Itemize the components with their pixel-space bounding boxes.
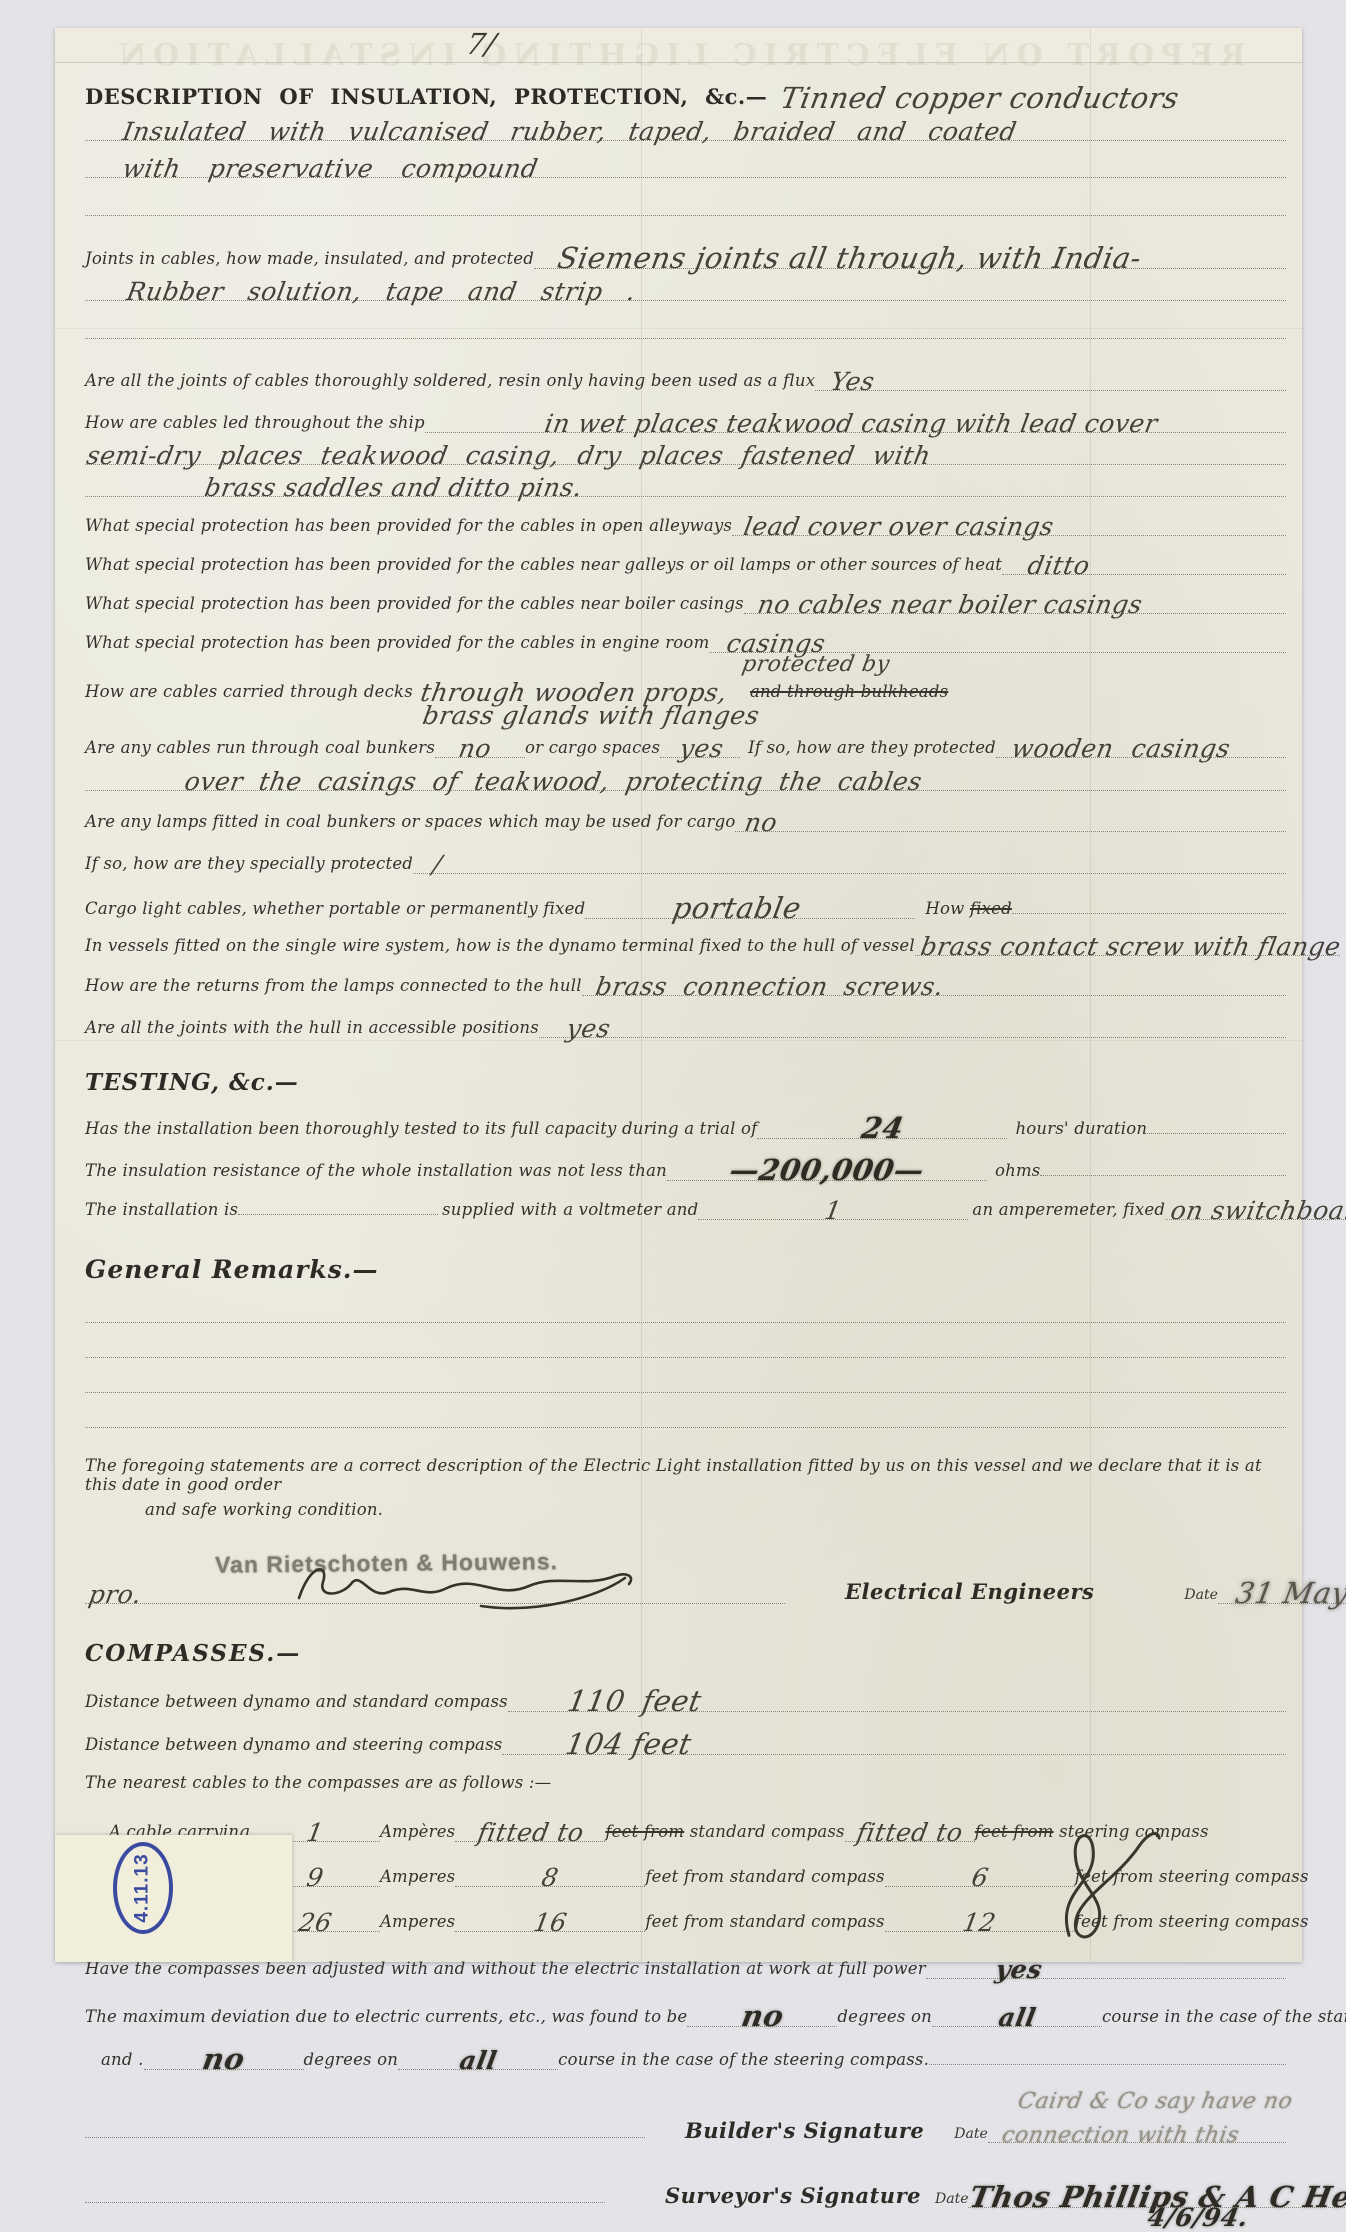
handwritten-entry: no [457, 738, 493, 759]
handwritten-entry: 26 [297, 1912, 334, 1933]
question-label: What special protection has been provide… [85, 633, 709, 652]
handwritten-entry: Insulated with vulcanised rubber, taped,… [121, 121, 1018, 142]
question-row-bunkers: Are any cables run through coal bunkers … [85, 734, 1286, 763]
handwritten-entry: 1 [823, 1200, 843, 1221]
continuation-row: Rubber solution, tape and strip . [85, 277, 1286, 306]
question-row: Are all the joints of cables thoroughly … [85, 367, 1286, 396]
declaration-line: The foregoing statements are a correct d… [85, 1456, 1286, 1494]
handwritten-entry: Siemens joints all through, with India- [556, 246, 1144, 271]
struck-label: and through bulkheadsprotected by [750, 682, 948, 701]
testing-heading-row: TESTING, &c.— [85, 1069, 1286, 1098]
role-label: Electrical Engineers [845, 1579, 1094, 1604]
question-label: Are any lamps fitted in coal bunkers or … [85, 812, 735, 831]
handwritten-entry: fitted to [855, 1822, 964, 1843]
question-row: What special protection has been provide… [85, 551, 1286, 580]
engineers-signature-row: pro. Van Rietschoten & Houwens. Electric… [85, 1577, 1286, 1606]
question-row: Are any lamps fitted in coal bunkers or … [85, 808, 1286, 837]
question-label: How fixed [925, 899, 1012, 918]
question-label: In vessels fitted on the single wire sys… [85, 936, 915, 955]
handwritten-entry: in wet places teakwood casing with lead … [543, 413, 1159, 434]
declaration-paragraph: The foregoing statements are a correct d… [85, 1456, 1286, 1519]
struck-label: fixed [970, 899, 1012, 918]
handwritten-entry: no [744, 812, 780, 833]
question-row: If so, how are they specially protected … [85, 850, 1286, 879]
handwritten-entry: lead cover over casings [742, 516, 1055, 537]
question-label: Amperes [380, 1867, 455, 1886]
blank-ruled-line [85, 330, 1286, 339]
handwritten-pro: pro. [87, 1584, 143, 1605]
continuation-row: brass saddles and ditto pins. [85, 473, 1286, 502]
blank-ruled-line [85, 1384, 1286, 1393]
question-row: Distance between dynamo and standard com… [85, 1685, 1286, 1714]
question-row-resistance: The insulation resistance of the whole i… [85, 1154, 1286, 1183]
question-label: Joints in cables, how made, insulated, a… [85, 249, 534, 268]
declaration-line: and safe working condition. [145, 1500, 1286, 1519]
handwritten-entry: yes [994, 1959, 1044, 1980]
question-label: What special protection has been provide… [85, 594, 744, 613]
struck-label: feet from [975, 1822, 1054, 1841]
question-row: What special protection has been provide… [85, 590, 1286, 619]
intro-label: The nearest cables to the compasses are … [85, 1773, 551, 1792]
section-heading: DESCRIPTION OF INSULATION, PROTECTION, &… [85, 84, 767, 109]
section-heading: General Remarks.— [85, 1255, 379, 1284]
blank-ruled-line [85, 207, 1286, 216]
date-label: Date [1184, 1587, 1217, 1603]
question-label: feet from standard compass [645, 1867, 884, 1886]
question-row: How are cables led throughout the ship i… [85, 409, 1286, 438]
struck-label: feet from [605, 1822, 684, 1841]
handwritten-entry: semi-dry places teakwood casing, dry pla… [85, 445, 932, 466]
question-label: or cargo spaces [525, 738, 660, 757]
question-row: Joints in cables, how made, insulated, a… [85, 242, 1286, 271]
question-label: Distance between dynamo and standard com… [85, 1692, 508, 1711]
handwritten-entry: with preservative compound [121, 158, 540, 179]
question-row: In vessels fitted on the single wire sys… [85, 932, 1286, 961]
question-label: What special protection has been provide… [85, 555, 1002, 574]
handwritten-entry: 110 feet [566, 1689, 704, 1714]
handwritten-entry: ditto [1026, 555, 1091, 576]
question-label: Ampères [380, 1822, 455, 1841]
section-heading: TESTING, &c.— [85, 1069, 299, 1096]
question-label: The insulation resistance of the whole i… [85, 1161, 667, 1180]
handwritten-entry: 9 [305, 1867, 325, 1888]
question-label: Are any cables run through coal bunkers [85, 738, 435, 757]
engineer-signature [285, 1554, 645, 1610]
handwritten-note: protected by [740, 656, 891, 675]
question-row-decks: How are cables carried through decks thr… [85, 678, 1286, 724]
question-label: If so, how are they protected [748, 738, 996, 757]
handwritten-entry: Tinned copper conductors [779, 86, 1181, 111]
question-row: How are the returns from the lamps conne… [85, 972, 1286, 1001]
handwritten-entry: / [431, 854, 444, 875]
description-heading-row: DESCRIPTION OF INSULATION, PROTECTION, &… [85, 82, 1286, 111]
question-row-cargo: Cargo light cables, whether portable or … [85, 892, 1286, 921]
handwritten-entry: 1 [305, 1822, 325, 1843]
question-label: feet from standard compass [605, 1822, 844, 1841]
question-label: Has the installation been thoroughly tes… [85, 1119, 757, 1138]
handwritten-entry: over the casings of teakwood, protecting… [183, 771, 924, 792]
question-label: The installation is [85, 1200, 238, 1219]
question-label: hours' duration [1015, 1119, 1147, 1138]
question-label: How are the returns from the lamps conne… [85, 976, 582, 995]
handwritten-entry: 16 [532, 1912, 569, 1933]
question-label: How are cables led throughout the ship [85, 413, 425, 432]
continuation-row: with preservative compound [85, 154, 1286, 183]
handwritten-entry: 8 [540, 1867, 560, 1888]
handwritten-entry: Rubber solution, tape and strip . [125, 281, 637, 302]
question-label: Distance between dynamo and steering com… [85, 1735, 502, 1754]
question-row: Distance between dynamo and steering com… [85, 1728, 1286, 1757]
question-label: feet from standard compass [645, 1912, 884, 1931]
continuation-row: Insulated with vulcanised rubber, taped,… [85, 117, 1286, 146]
handwritten-entry: fitted to [476, 1822, 585, 1843]
handwritten-entry: Yes [829, 371, 876, 392]
handwritten-entry: 12 [961, 1912, 998, 1933]
handwritten-entry: 24 [860, 1116, 906, 1141]
question-row: What special protection has been provide… [85, 629, 1286, 658]
handwritten-entry: portable [671, 896, 803, 921]
question-label: ohms [995, 1161, 1040, 1180]
scanned-form-page: REPORT ON ELECTRIC LIGHTING INSTALLATION… [55, 28, 1302, 1962]
question-label: Amperes [380, 1912, 455, 1931]
question-label: supplied with a voltmeter and [442, 1200, 698, 1219]
handwritten-entry: wooden casings [1010, 738, 1232, 759]
handwritten-entry: yes [678, 738, 725, 759]
handwritten-entry: yes [565, 1018, 612, 1039]
continuation-row: semi-dry places teakwood casing, dry pla… [85, 441, 1286, 470]
handwritten-entry: brass contact screw with flange [919, 936, 1342, 957]
question-row-trial: Has the installation been thoroughly tes… [85, 1112, 1286, 1141]
handwritten-entry: 104 feet [564, 1732, 694, 1757]
handwritten-entry: brass glands with flanges [421, 705, 761, 726]
question-label: If so, how are they specially protected [85, 854, 413, 873]
handwritten-entry: —200,000— [728, 1158, 926, 1183]
question-label: Are all the joints of cables thoroughly … [85, 371, 815, 390]
question-row: What special protection has been provide… [85, 512, 1286, 541]
question-label: an amperemeter, fixed [972, 1200, 1165, 1219]
flourish-signature [1052, 1802, 1162, 1952]
compasses-intro-row: The nearest cables to the compasses are … [85, 1773, 1286, 1802]
continuation-row: over the casings of teakwood, protecting… [85, 767, 1286, 796]
question-row: Are all the joints with the hull in acce… [85, 1014, 1286, 1043]
compasses-heading-row: COMPASSES.— [85, 1640, 1286, 1669]
handwritten-entry: 6 [970, 1867, 990, 1888]
handwritten-date: 31 May 1894. [1234, 1581, 1346, 1606]
handwritten-entry: no cables near boiler casings [756, 594, 1144, 615]
handwritten-entry: brass connection screws. [594, 976, 945, 997]
blank-ruled-line [85, 1419, 1286, 1428]
handwritten-entry: on switchboard [1169, 1200, 1346, 1221]
